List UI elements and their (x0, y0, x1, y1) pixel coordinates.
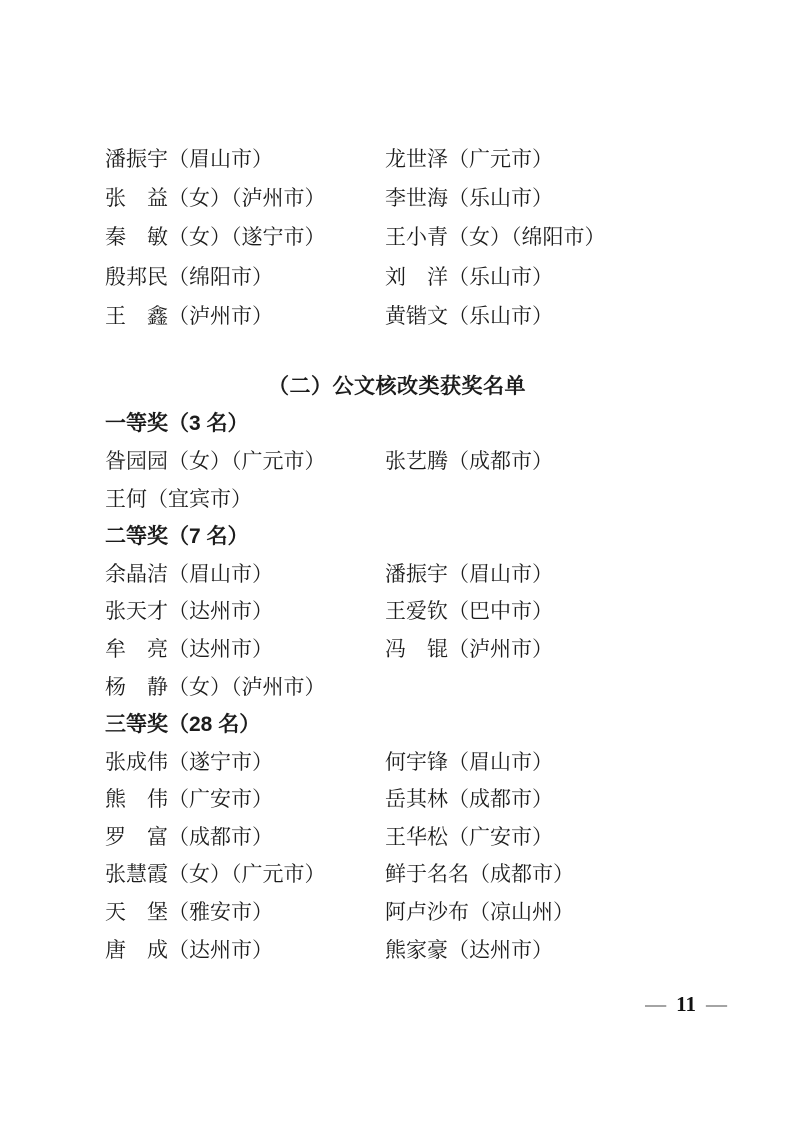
award-tiers: 一等奖（3 名）昝园园（女）（广元市）张艺腾（成都市）王何（宜宾市）二等奖（7 … (105, 404, 689, 968)
winner-name-left: 张天才（达州市） (105, 595, 385, 625)
award-winner-row: 张成伟（遂宁市）何宇锋（眉山市） (105, 742, 689, 780)
page-content: 潘振宇（眉山市）龙世泽（广元市）张 益（女）（泸州市）李世海（乐山市）秦 敏（女… (105, 138, 689, 967)
winner-name-left: 天 堡（雅安市） (105, 896, 385, 926)
award-winner-row: 王 鑫（泸州市）黄锴文（乐山市） (105, 296, 689, 335)
award-winner-row: 余晶洁（眉山市）潘振宇（眉山市） (105, 554, 689, 592)
winner-name-right: 冯 锟（泸州市） (385, 633, 689, 663)
page-number: —11— (645, 992, 727, 1017)
winner-name-right: 鲜于名名（成都市） (385, 858, 689, 888)
document-page: 潘振宇（眉山市）龙世泽（广元市）张 益（女）（泸州市）李世海（乐山市）秦 敏（女… (0, 0, 794, 1123)
winner-name-left: 杨 静（女）（泸州市） (105, 671, 385, 701)
winner-name-right: 阿卢沙布（凉山州） (385, 896, 689, 926)
page-number-dash-left: — (645, 992, 666, 1016)
page-number-dash-right: — (706, 992, 727, 1016)
winner-name-left: 张成伟（遂宁市） (105, 746, 385, 776)
award-winner-row: 张慧霞（女）（广元市）鲜于名名（成都市） (105, 855, 689, 893)
award-winner-row: 张天才（达州市）王爱钦（巴中市） (105, 592, 689, 630)
winner-name-right: 王小青（女）（绵阳市） (385, 221, 689, 251)
award-winner-row: 潘振宇（眉山市）龙世泽（广元市） (105, 138, 689, 177)
winner-name-right: 潘振宇（眉山市） (385, 558, 689, 588)
award-winner-row: 牟 亮（达州市）冯 锟（泸州市） (105, 629, 689, 667)
winner-name-right: 李世海（乐山市） (385, 182, 689, 212)
section-document-revision-awards: （二）公文核改类获奖名单 一等奖（3 名）昝园园（女）（广元市）张艺腾（成都市）… (105, 366, 689, 968)
award-winner-row: 殷邦民（绵阳市）刘 洋（乐山市） (105, 256, 689, 295)
page-number-value: 11 (676, 992, 696, 1016)
winner-name-right: 龙世泽（广元市） (385, 143, 689, 173)
winner-name-left: 昝园园（女）（广元市） (105, 445, 385, 475)
award-name-list-continued: 潘振宇（眉山市）龙世泽（广元市）张 益（女）（泸州市）李世海（乐山市）秦 敏（女… (105, 138, 689, 335)
winner-name-right: 熊家豪（达州市） (385, 934, 689, 964)
winner-name-left: 王 鑫（泸州市） (105, 300, 385, 330)
winner-name-left: 秦 敏（女）（遂宁市） (105, 221, 385, 251)
award-winner-row: 罗 富（成都市）王华松（广安市） (105, 817, 689, 855)
section-spacer (105, 335, 689, 366)
award-winner-row: 王何（宜宾市） (105, 479, 689, 517)
winner-name-left: 殷邦民（绵阳市） (105, 261, 385, 291)
winner-name-left: 王何（宜宾市） (105, 483, 385, 513)
winner-name-right: 王爱钦（巴中市） (385, 595, 689, 625)
winner-name-left: 张 益（女）（泸州市） (105, 182, 385, 212)
winner-name-right: 王华松（广安市） (385, 821, 689, 851)
award-winner-row: 杨 静（女）（泸州市） (105, 667, 689, 705)
winner-name-left: 余晶洁（眉山市） (105, 558, 385, 588)
tier-heading: 三等奖（28 名） (105, 704, 689, 742)
winner-name-right: 张艺腾（成都市） (385, 445, 689, 475)
winner-name-left: 潘振宇（眉山市） (105, 143, 385, 173)
section-title: （二）公文核改类获奖名单 (105, 366, 689, 404)
winner-name-right: 岳其林（成都市） (385, 783, 689, 813)
winner-name-right: 黄锴文（乐山市） (385, 300, 689, 330)
award-winner-row: 昝园园（女）（广元市）张艺腾（成都市） (105, 441, 689, 479)
winner-name-right: 何宇锋（眉山市） (385, 746, 689, 776)
winner-name-right: 刘 洋（乐山市） (385, 261, 689, 291)
tier-heading: 一等奖（3 名） (105, 404, 689, 442)
award-winner-row: 唐 成（达州市）熊家豪（达州市） (105, 930, 689, 968)
tier-heading: 二等奖（7 名） (105, 516, 689, 554)
winner-name-left: 罗 富（成都市） (105, 821, 385, 851)
award-winner-row: 秦 敏（女）（遂宁市）王小青（女）（绵阳市） (105, 217, 689, 256)
award-winner-row: 熊 伟（广安市）岳其林（成都市） (105, 779, 689, 817)
winner-name-left: 张慧霞（女）（广元市） (105, 858, 385, 888)
award-winner-row: 张 益（女）（泸州市）李世海（乐山市） (105, 177, 689, 216)
winner-name-left: 牟 亮（达州市） (105, 633, 385, 663)
award-winner-row: 天 堡（雅安市）阿卢沙布（凉山州） (105, 892, 689, 930)
winner-name-left: 唐 成（达州市） (105, 934, 385, 964)
winner-name-left: 熊 伟（广安市） (105, 783, 385, 813)
